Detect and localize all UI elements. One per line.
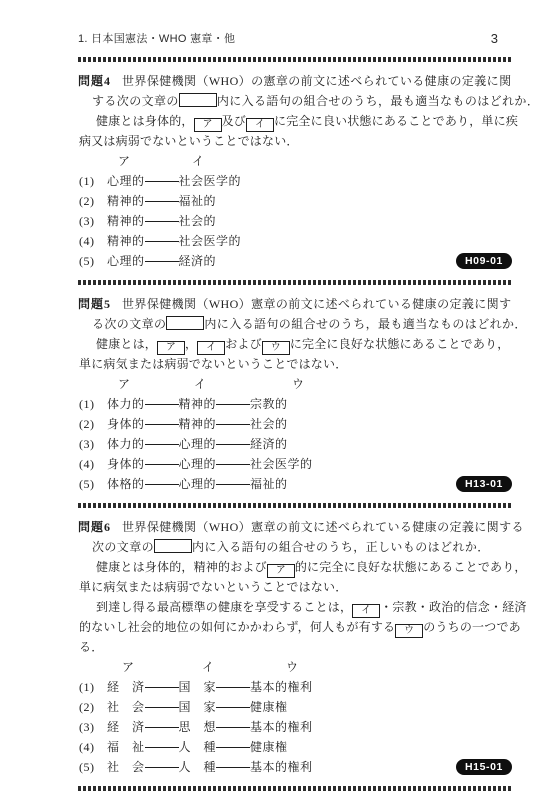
line-text: ， (185, 337, 197, 351)
option-cell: 福祉的 (250, 474, 288, 494)
option-cell: 体格的 (107, 474, 145, 494)
line-text: ・宗教・政治的信念・経済 (380, 600, 526, 614)
option-cell: 経 済 (107, 677, 145, 697)
line-text: る次の文章の (92, 317, 166, 331)
line-text: 世界保健機関（WHO）憲章の前文に述べられている健康の定義に関す (122, 297, 511, 311)
line-text: 世界保健機関（WHO）の憲章の前文に述べられている健康の定義に関 (122, 74, 511, 88)
option-cell: 経 済 (107, 717, 145, 737)
option-cell: 精神的 (179, 394, 217, 414)
fill-in-box-label: ア (203, 119, 213, 130)
option-cell: 国 家 (179, 697, 217, 717)
question-badge: H09-01 (456, 253, 512, 269)
option-connector (216, 484, 250, 485)
line-text: 健康とは， (96, 337, 157, 351)
section-divider (78, 786, 512, 791)
option-cell: 人 種 (179, 737, 217, 757)
option-connector (145, 687, 179, 688)
section-divider (78, 57, 512, 62)
option-cell: 社会医学的 (179, 171, 242, 191)
option-connector (145, 464, 179, 465)
column-header-row: アイウ (78, 374, 512, 394)
exam-page: 1. 日本国憲法・WHO 憲章・他 3 問題4世界保健機関（WHO）の憲章の前文… (0, 0, 560, 794)
question-badge: H13-01 (456, 476, 512, 492)
fill-in-box: ア (157, 341, 185, 355)
option-cell: 体力的 (107, 394, 145, 414)
question-line: 問題6世界保健機関（WHO）憲章の前文に述べられている健康の定義に関する (78, 517, 512, 537)
question-line: 単に病気または病弱でないということではない． (78, 577, 512, 597)
fill-in-box: ウ (395, 624, 423, 638)
question-line: る． (78, 637, 512, 657)
line-text: および (225, 337, 262, 351)
question-label: 問題6 (78, 520, 111, 534)
option-connector (216, 404, 250, 405)
fill-in-box-label: ア (276, 565, 286, 576)
fill-in-box-label: ウ (404, 625, 414, 636)
column-header: ウ (286, 657, 298, 677)
option-cell: 福 祉 (107, 737, 145, 757)
line-text: 到達し得る最高標準の健康を享受することは， (96, 600, 352, 614)
option-connector (145, 444, 179, 445)
option-cell: 基本的権利 (250, 757, 313, 777)
option-row: (2)身体的精神的社会的 (78, 414, 512, 434)
option-connector (145, 261, 179, 262)
question-line: 病又は病弱でないということではない． (78, 131, 512, 151)
option-cell: 健康権 (250, 737, 288, 757)
option-number: (3) (78, 434, 107, 454)
column-header: イ (194, 374, 206, 394)
option-cell: 心理的 (107, 171, 145, 191)
option-number: (1) (78, 677, 107, 697)
column-header-row: アイウ (78, 657, 512, 677)
fill-in-box-label: ウ (271, 342, 281, 353)
section-divider (78, 280, 512, 285)
option-cell: 身体的 (107, 414, 145, 434)
option-connector (216, 687, 250, 688)
fill-in-box: イ (246, 118, 274, 132)
line-text: 健康とは身体的， (96, 114, 194, 128)
line-text: 健康とは身体的，精神的および (96, 560, 267, 574)
option-number: (1) (78, 394, 107, 414)
option-connector (216, 747, 250, 748)
option-row: (4)福 祉人 種健康権 (78, 737, 512, 757)
option-connector (145, 727, 179, 728)
option-cell: 精神的 (107, 191, 145, 211)
column-header: ア (118, 374, 130, 394)
line-text: 次の文章の (92, 540, 154, 554)
option-number: (5) (78, 474, 107, 494)
fill-in-box-label: ア (166, 342, 176, 353)
option-number: (2) (78, 191, 107, 211)
question-label: 問題5 (78, 297, 111, 311)
option-number: (3) (78, 717, 107, 737)
option-cell: 心理的 (179, 434, 217, 454)
question-line: 的ないし社会的地位の如何にかかわらず，何人もが有するウのうちの一つであ (78, 617, 512, 637)
line-text: 単に病気または病弱でないということではない． (79, 580, 347, 594)
fill-in-box: イ (352, 604, 380, 618)
line-text: に完全に良い状態にあることであり，単に疾 (274, 114, 518, 128)
question-label: 問題4 (78, 74, 111, 88)
question-block-6: 問題6世界保健機関（WHO）憲章の前文に述べられている健康の定義に関する次の文章… (78, 517, 512, 777)
option-number: (4) (78, 737, 107, 757)
line-text: のうちの一つであ (423, 620, 521, 634)
option-number: (2) (78, 697, 107, 717)
option-cell: 心理的 (107, 251, 145, 271)
option-cell: 宗教的 (250, 394, 288, 414)
option-cell: 社 会 (107, 697, 145, 717)
option-connector (145, 747, 179, 748)
option-row: (1)経 済国 家基本的権利 (78, 677, 512, 697)
option-connector (216, 707, 250, 708)
option-cell: 福祉的 (179, 191, 217, 211)
question-line: する次の文章の内に入る語句の組合せのうち，最も適当なものはどれか． (78, 91, 512, 111)
option-number: (1) (78, 171, 107, 191)
page-header: 1. 日本国憲法・WHO 憲章・他 3 (78, 26, 512, 46)
option-cell: 基本的権利 (250, 717, 313, 737)
fill-in-box-label: イ (206, 342, 216, 353)
option-number: (5) (78, 251, 107, 271)
fill-in-box: ア (267, 564, 295, 578)
option-cell: 国 家 (179, 677, 217, 697)
option-row: (1)心理的社会医学的 (78, 171, 512, 191)
option-row: (4)精神的社会医学的 (78, 231, 512, 251)
column-header: ウ (292, 374, 304, 394)
line-text: 及び (222, 114, 246, 128)
option-cell: 精神的 (107, 231, 145, 251)
option-row: (4)身体的心理的社会医学的 (78, 454, 512, 474)
option-cell: 心理的 (179, 474, 217, 494)
option-cell: 精神的 (107, 211, 145, 231)
breadcrumb: 1. 日本国憲法・WHO 憲章・他 (78, 30, 235, 46)
line-text: 世界保健機関（WHO）憲章の前文に述べられている健康の定義に関する (122, 520, 524, 534)
page-number: 3 (491, 31, 498, 46)
option-connector (145, 181, 179, 182)
question-line: 健康とは身体的，ア及びイに完全に良い状態にあることであり，単に疾 (78, 111, 512, 131)
option-cell: 社会的 (179, 211, 217, 231)
option-row: (3)体力的心理的経済的 (78, 434, 512, 454)
line-text: 的に完全に良好な状態にあることであり， (295, 560, 527, 574)
column-header: イ (192, 151, 204, 171)
line-text: 内に入る語句の組合せのうち，最も適当なものはどれか． (204, 317, 526, 331)
question-line: 健康とは，ア，イおよびウに完全に良好な状態にあることであり， (78, 334, 512, 354)
option-connector (145, 404, 179, 405)
option-row: (5)社 会人 種基本的権利H15-01 (78, 757, 512, 777)
line-text: に完全に良好な状態にあることであり， (290, 337, 510, 351)
option-connector (216, 464, 250, 465)
column-header: ア (122, 657, 134, 677)
option-cell: 心理的 (179, 454, 217, 474)
fill-in-box: ウ (262, 341, 290, 355)
question-line: 問題5世界保健機関（WHO）憲章の前文に述べられている健康の定義に関す (78, 294, 512, 314)
option-connector (216, 767, 250, 768)
option-cell: 経済的 (250, 434, 288, 454)
line-text: 単に病気または病弱でないということではない． (79, 357, 347, 371)
fill-in-box: イ (197, 341, 225, 355)
section-divider (78, 503, 512, 508)
option-connector (145, 484, 179, 485)
fill-in-box (179, 93, 217, 107)
option-number: (5) (78, 757, 107, 777)
line-text: 的ないし社会的地位の如何にかかわらず，何人もが有する (79, 620, 395, 634)
line-text: る． (79, 640, 103, 654)
line-text: 内に入る語句の組合せのうち，最も適当なものはどれか． (217, 94, 539, 108)
option-number: (2) (78, 414, 107, 434)
option-row: (3)精神的社会的 (78, 211, 512, 231)
option-number: (3) (78, 211, 107, 231)
question-line: 到達し得る最高標準の健康を享受することは，イ・宗教・政治的信念・経済 (78, 597, 512, 617)
option-connector (145, 424, 179, 425)
option-connector (216, 444, 250, 445)
option-cell: 精神的 (179, 414, 217, 434)
option-row: (2)社 会国 家健康権 (78, 697, 512, 717)
option-connector (145, 707, 179, 708)
line-text: する次の文章の (92, 94, 179, 108)
question-line: 単に病気または病弱でないということではない． (78, 354, 512, 374)
option-cell: 社会的 (250, 414, 288, 434)
option-row: (1)体力的精神的宗教的 (78, 394, 512, 414)
fill-in-box (166, 316, 204, 330)
fill-in-box (154, 539, 192, 553)
question-line: る次の文章の内に入る語句の組合せのうち，最も適当なものはどれか． (78, 314, 512, 334)
fill-in-box-label: イ (361, 605, 371, 616)
option-cell: 思 想 (179, 717, 217, 737)
question-line: 問題4世界保健機関（WHO）の憲章の前文に述べられている健康の定義に関 (78, 71, 512, 91)
fill-in-box-label: イ (255, 119, 265, 130)
option-connector (145, 241, 179, 242)
column-header: ア (118, 151, 130, 171)
column-header: イ (202, 657, 214, 677)
option-connector (145, 221, 179, 222)
option-cell: 人 種 (179, 757, 217, 777)
option-row: (3)経 済思 想基本的権利 (78, 717, 512, 737)
option-cell: 社会医学的 (250, 454, 313, 474)
question-block-4: 問題4世界保健機関（WHO）の憲章の前文に述べられている健康の定義に関する次の文… (78, 71, 512, 271)
option-number: (4) (78, 231, 107, 251)
option-cell: 体力的 (107, 434, 145, 454)
option-cell: 身体的 (107, 454, 145, 474)
question-line: 次の文章の内に入る語句の組合せのうち，正しいものはどれか． (78, 537, 512, 557)
option-connector (216, 424, 250, 425)
line-text: 内に入る語句の組合せのうち，正しいものはどれか． (192, 540, 490, 554)
option-row: (5)心理的経済的H09-01 (78, 251, 512, 271)
column-header-row: アイ (78, 151, 512, 171)
option-connector (145, 767, 179, 768)
option-number: (4) (78, 454, 107, 474)
option-cell: 社会医学的 (179, 231, 242, 251)
option-row: (5)体格的心理的福祉的H13-01 (78, 474, 512, 494)
option-cell: 基本的権利 (250, 677, 313, 697)
option-cell: 経済的 (179, 251, 217, 271)
option-cell: 健康権 (250, 697, 288, 717)
line-text: 病又は病弱でないということではない． (79, 134, 299, 148)
option-row: (2)精神的福祉的 (78, 191, 512, 211)
fill-in-box: ア (194, 118, 222, 132)
option-connector (216, 727, 250, 728)
question-line: 健康とは身体的，精神的およびア的に完全に良好な状態にあることであり， (78, 557, 512, 577)
question-badge: H15-01 (456, 759, 512, 775)
question-block-5: 問題5世界保健機関（WHO）憲章の前文に述べられている健康の定義に関する次の文章… (78, 294, 512, 494)
option-connector (145, 201, 179, 202)
option-cell: 社 会 (107, 757, 145, 777)
